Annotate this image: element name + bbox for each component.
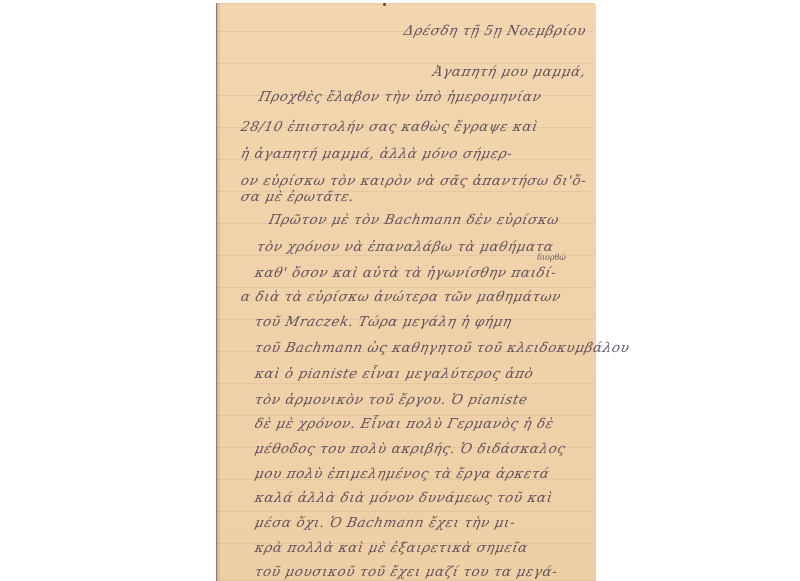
text-line: τοῦ Bachmann ὡς καθηγητοῦ τοῦ κλειδοκυμβ… bbox=[253, 340, 631, 356]
paper-rule bbox=[217, 287, 596, 288]
text-line: 28/10 ἐπιστολήν σας καθὼς ἔγραψε καὶ bbox=[239, 119, 539, 135]
text-line: α διὰ τὰ εὑρίσκω ἀνώτερα τῶν μαθημάτων bbox=[239, 289, 562, 305]
text-line: τοῦ Mraczek. Τώρα μεγάλη ἡ φήμη bbox=[253, 314, 513, 330]
text-line: καλά ἀλλὰ διὰ μόνον δυνάμεως τοῦ καὶ bbox=[253, 490, 554, 506]
text-line: καὶ ὁ pianiste εἶναι μεγαλύτερος ἀπὸ bbox=[253, 366, 535, 382]
paper-rule bbox=[217, 511, 596, 512]
text-line: μέθοδος του πολὺ ακριβής. Ὁ διδάσκαλος bbox=[253, 441, 567, 457]
text-line: μέσα ὅχι. Ὁ Bachmann ἔχει τὴν μι- bbox=[253, 515, 517, 531]
scan-background: Δρέσδη τῇ 5ῃ Νοεμβρίου Ἀγαπητή μου μαμμά… bbox=[0, 0, 800, 581]
salutation: Ἀγαπητή μου μαμμά, bbox=[432, 64, 588, 80]
margin-correction-note: διορθώ bbox=[537, 253, 566, 262]
text-line: τοῦ μουσικοῦ τοῦ ἔχει μαζί του τα μεγά- bbox=[253, 564, 559, 580]
paper-rule bbox=[217, 383, 596, 384]
date-line: Δρέσδη τῇ 5ῃ Νοεμβρίου bbox=[402, 23, 587, 39]
text-line: Πρῶτον μὲ τὸν Bachmann δὲν εὑρίσκω bbox=[267, 212, 560, 228]
letter-page: Δρέσδη τῇ 5ῃ Νοεμβρίου Ἀγαπητή μου μαμμά… bbox=[216, 3, 596, 581]
text-line: σα μὲ ἐρωτᾶτε. bbox=[239, 189, 356, 205]
text-line: ον εὑρίσκω τὸν καιρὸν νὰ σᾶς ἀπαντήσω δι… bbox=[239, 173, 588, 189]
text-line: μου πολὺ ἐπιμελημένος τὰ ἔργα ἀρκετά bbox=[253, 466, 551, 482]
text-line: δὲ μὲ χρόνον. Εἶναι πολὺ Γερμανὸς ἡ δὲ bbox=[253, 416, 555, 432]
text-line: τὸν χρόνον νὰ ἐπαναλάβω τὰ μαθήματα bbox=[255, 239, 555, 255]
text-line: τὸν ἀρμονικὸν τοῦ ἔργου. Ὁ pianiste bbox=[253, 392, 529, 408]
text-line: Προχθὲς ἔλαβον τὴν ὑπὸ ἡμερομηνίαν bbox=[257, 89, 543, 105]
text-line: καθ' ὅσον καὶ αὐτὰ τὰ ἠγωνίσθην παιδί- bbox=[253, 265, 558, 281]
text-line: ἡ ἀγαπητή μαμμά, ἀλλὰ μόνο σήμερ- bbox=[239, 146, 514, 162]
pin-hole-mark bbox=[383, 3, 386, 6]
text-line: κρὰ πολλὰ καὶ μὲ ἐξαιρετικὰ σημεῖα bbox=[253, 540, 529, 556]
